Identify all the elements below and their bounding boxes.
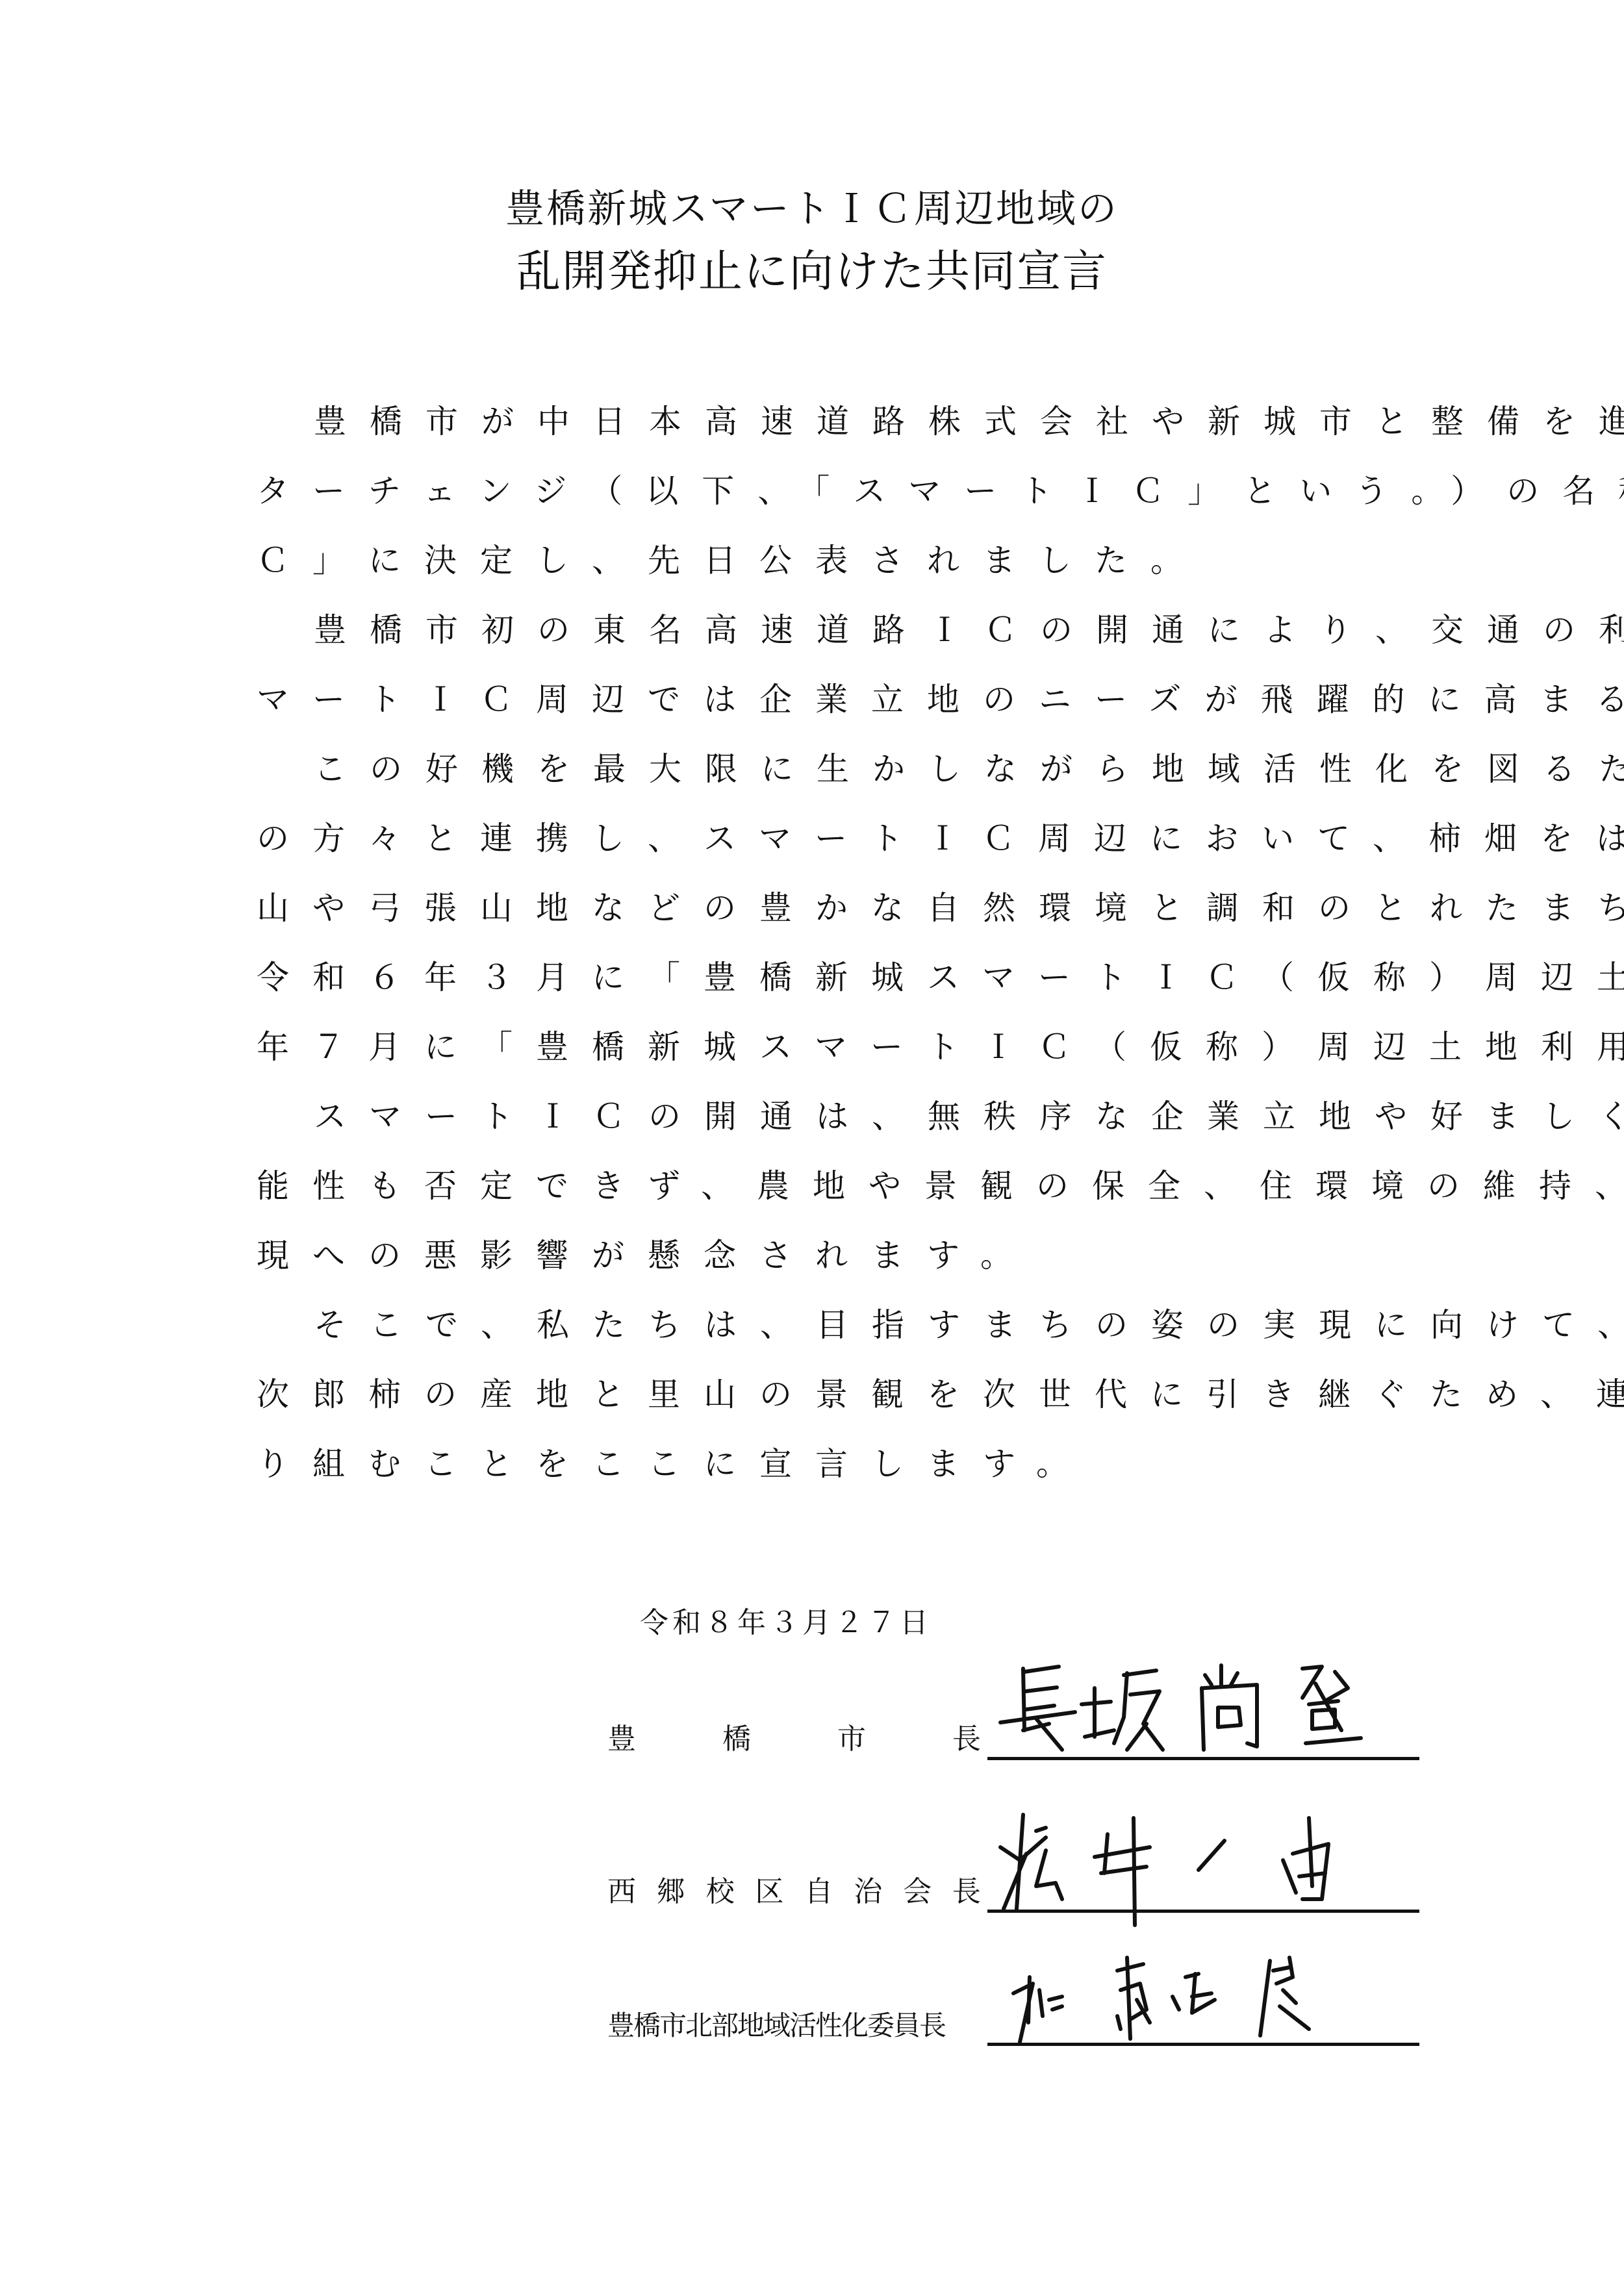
text-line: マートＩＣ周辺では企業立地のニーズが飛躍的に高まることが期待されます。 [257,665,1413,735]
declaration-date: 令和８年３月２７日 [640,1609,932,1637]
signatory-northern-committee: 豊橋市北部地域活性化委員長 加藤正俊 [607,1949,1419,2046]
paragraph-1: 豊橋市が中日本高速道路株式会社や新城市と整備を進めてきたスマートイン ターチェン… [257,387,1413,596]
document-page: 豊橋新城スマートＩＣ周辺地域の 乱開発抑止に向けた共同宣言 豊橋市が中日本高速道… [0,0,1624,2296]
signatory-mayor: 豊 橋 市 長 長坂尚登 [607,1663,1419,1760]
paragraph-2: 豊橋市初の東名高速道路ＩＣの開通により、交通の利便性が格段に向上し、ス マートＩ… [257,596,1413,735]
title-char: 豊 [607,1725,636,1754]
title-char: 橋 [722,1725,751,1754]
title-char: 区 [755,1878,784,1906]
text-line: 豊橋市が中日本高速道路株式会社や新城市と整備を進めてきたスマートイン [257,387,1413,457]
paragraph-4: スマートＩＣの開通は、無秩序な企業立地や好ましくない土地利用を招く可 能性も否定… [257,1082,1413,1291]
text-line: Ｃ」に決定し、先日公表されました。 [257,526,1413,596]
signatory-title: 西 郷 校 区 自 治 会 長 [607,1878,981,1906]
title-char: 長 [952,1725,981,1754]
declaration-body: 豊橋市が中日本高速道路株式会社や新城市と整備を進めてきたスマートイン ターチェン… [257,387,1413,1499]
title-char: 市 [837,1725,866,1754]
title-char: 西 [607,1878,636,1906]
text-line: り組むことをここに宣言します。 [257,1430,1413,1499]
text-line: ターチェンジ（以下、「スマートＩＣ」という。）の名称が「豊橋新城スマートＩ [257,457,1413,526]
text-line: の方々と連携し、スマートＩＣ周辺において、柿畑をはじめとした農地や、吉祥 [257,804,1413,874]
paragraph-3: この好機を最大限に生かしながら地域活性化を図るため、豊橋市は、地域住民 の方々と… [257,735,1413,1082]
signature-strokes-icon [997,1802,1413,1909]
paragraph-5: そこで、私たちは、目指すまちの姿の実現に向けて、地域の貴重な資源である 次郎柿の… [257,1291,1413,1499]
signature-strokes-icon [997,1659,1413,1756]
text-line: この好機を最大限に生かしながら地域活性化を図るため、豊橋市は、地域住民 [257,735,1413,804]
title-char: 自 [804,1878,833,1906]
text-line: 令和６年３月に「豊橋新城スマートＩＣ（仮称）周辺土地利用構想」を、令和７ [257,943,1413,1013]
handwritten-signature: 松井一由 [997,1802,1413,1909]
text-line: 年７月に「豊橋新城スマートＩＣ（仮称）周辺土地利用計画」を策定しました。 [257,1013,1413,1082]
document-title-line-2: 乱開発抑止に向けた共同宣言 [0,250,1624,294]
signature-underline [987,2043,1419,2046]
signature-underline [987,1757,1419,1760]
handwritten-signature: 加藤正俊 [997,1945,1413,2042]
text-line: 次郎柿の産地と里山の景観を次世代に引き継ぐため、連携して乱開発抑止に取 [257,1360,1413,1430]
signature-underline [987,1910,1419,1913]
text-line: 能性も否定できず、農地や景観の保全、住環境の維持、さらにはまちづくりの実 [257,1152,1413,1221]
title-char: 郷 [657,1878,685,1906]
text-line: 現への悪影響が懸念されます。 [257,1221,1413,1291]
text-line: スマートＩＣの開通は、無秩序な企業立地や好ましくない土地利用を招く可 [257,1082,1413,1152]
signature-strokes-icon [997,1945,1413,2042]
text-line: 豊橋市初の東名高速道路ＩＣの開通により、交通の利便性が格段に向上し、ス [257,596,1413,665]
text-line: そこで、私たちは、目指すまちの姿の実現に向けて、地域の貴重な資源である [257,1291,1413,1360]
signatory-title: 豊 橋 市 長 [607,1725,981,1754]
title-char: 長 [952,1878,981,1906]
handwritten-signature: 長坂尚登 [997,1659,1413,1756]
title-char: 治 [854,1878,882,1906]
title-char: 校 [706,1878,735,1906]
document-title-line-1: 豊橋新城スマートＩＣ周辺地域の [0,190,1624,229]
signatory-school-district: 西 郷 校 区 自 治 会 長 松井一由 [607,1806,1419,1913]
title-char: 会 [903,1878,932,1906]
signatory-title: 豊橋市北部地域活性化委員長 [607,2012,981,2039]
text-line: 山や弓張山地などの豊かな自然環境と調和のとれたまちづくりを進めており、 [257,874,1413,943]
